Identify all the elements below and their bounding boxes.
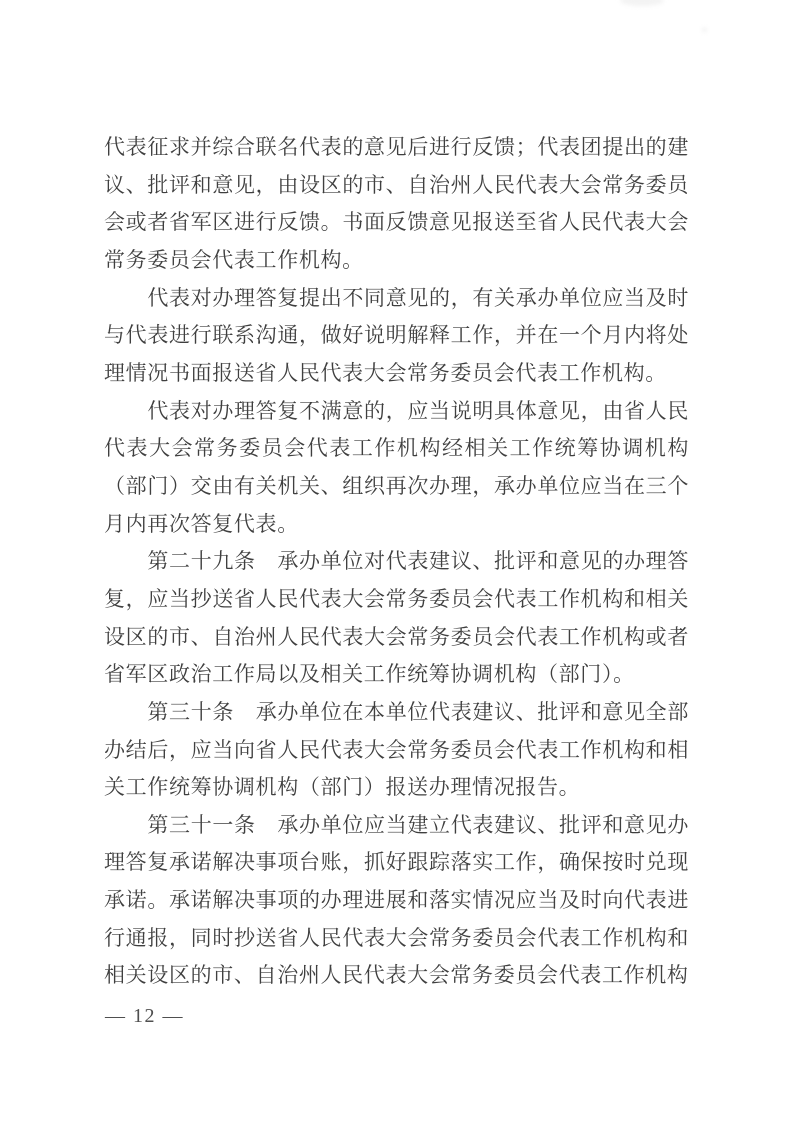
- page-number: — 12 —: [105, 1001, 184, 1031]
- document-body: 代表征求并综合联名代表的意见后进行反馈；代表团提出的建议、批评和意见，由设区的市…: [104, 129, 689, 995]
- paragraph-feedback-continuation: 代表征求并综合联名代表的意见后进行反馈；代表团提出的建议、批评和意见，由设区的市…: [104, 129, 689, 280]
- paragraph-different-opinion: 代表对办理答复提出不同意见的，有关承办单位应当及时与代表进行联系沟通，做好说明解…: [104, 280, 689, 393]
- document-page: 代表征求并综合联名代表的意见后进行反馈；代表团提出的建议、批评和意见，由设区的市…: [0, 0, 793, 1121]
- paragraph-article-30: 第三十条 承办单位在本单位代表建议、批评和意见全部办结后，应当向省人民代表大会常…: [104, 694, 689, 807]
- paragraph-article-29: 第二十九条 承办单位对代表建议、批评和意见的办理答复，应当抄送省人民代表大会常务…: [104, 543, 689, 694]
- scan-artifact: [702, 28, 707, 32]
- scan-artifact: [620, 0, 664, 6]
- paragraph-article-31: 第三十一条 承办单位应当建立代表建议、批评和意见办理答复承诺解决事项台账，抓好跟…: [104, 807, 689, 995]
- paragraph-unsatisfied-reply: 代表对办理答复不满意的，应当说明具体意见，由省人民代表大会常务委员会代表工作机构…: [104, 393, 689, 544]
